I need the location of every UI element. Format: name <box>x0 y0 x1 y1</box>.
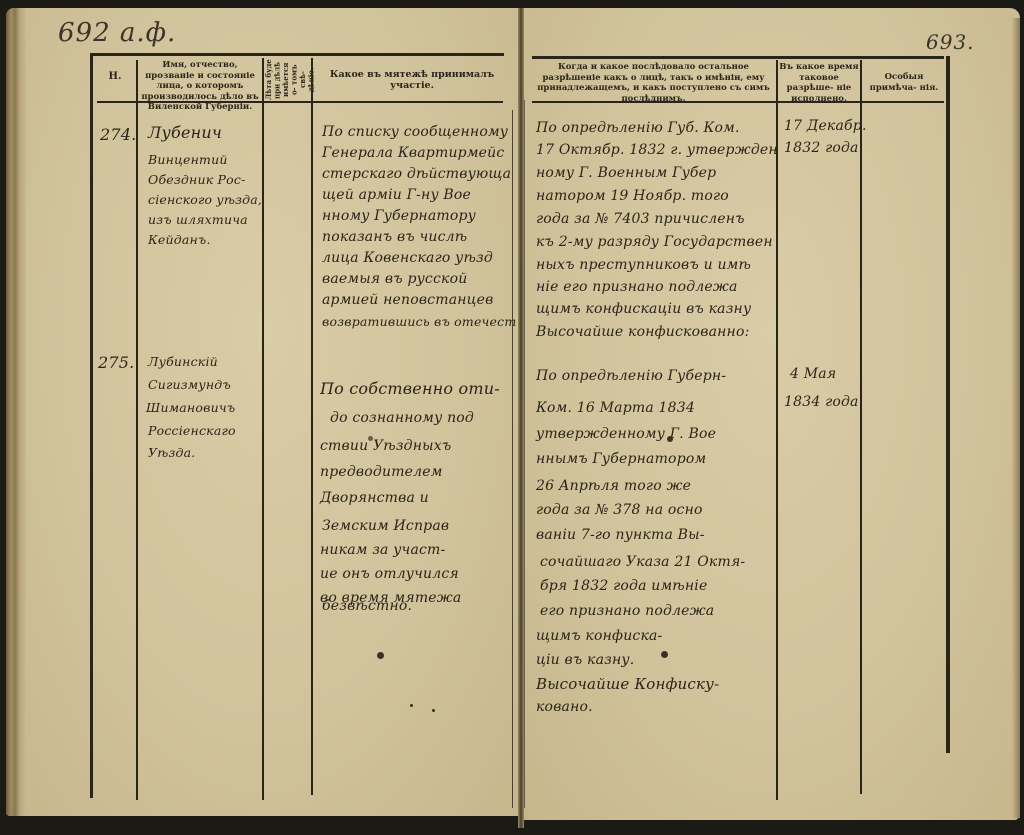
page-edge-stack <box>6 8 26 816</box>
name-line: Лубенич <box>148 122 222 144</box>
participation-line: никам за участ- <box>320 540 445 562</box>
participation-line: По собственно оти- <box>320 378 500 400</box>
decision-line: ныхъ преступниковъ и имѣ <box>536 255 751 277</box>
decision-line: щимъ конфиска- <box>536 626 662 648</box>
header-num: Н. <box>95 72 135 83</box>
col-divider-name-property <box>262 58 264 800</box>
header-participation: Какое въ мятежѣ принималъ участіе. <box>314 70 510 91</box>
executed-line: 1832 года <box>784 138 859 160</box>
name-line: Лубинскій <box>148 352 218 371</box>
header-decision: Когда и какое послѣдовало остальное разр… <box>532 62 775 104</box>
decision-line: года за № 7403 причисленъ <box>536 209 745 231</box>
executed-line: 17 Декабр. <box>784 116 867 138</box>
participation-line: Дворянства и <box>320 488 429 510</box>
decision-line: 17 Октябр. 1832 г. утвержден <box>536 140 778 162</box>
entry-num: 275. <box>98 352 134 374</box>
participation-line: щей арміи Г-ну Вое <box>322 185 471 207</box>
decision-line: его признано подлежа <box>540 601 714 623</box>
participation-line: Генерала Квартирмейс <box>322 143 504 165</box>
name-line: Уѣзда. <box>148 443 195 462</box>
decision-line: ному Г. Военным Губер <box>536 163 716 185</box>
participation-line: возвратившись въ отечест <box>322 311 516 333</box>
ink-speck <box>432 709 435 712</box>
participation-line: стерскаго дѣйствующа <box>322 164 511 186</box>
ink-speck <box>410 704 413 707</box>
name-line: Кейданъ. <box>148 230 211 249</box>
name-line: Шимановичъ <box>146 398 235 417</box>
name-line: Винцентий <box>148 150 228 169</box>
ink-speck <box>661 651 668 658</box>
table-right-border <box>946 56 950 753</box>
header-top-rule-left <box>92 53 504 56</box>
header-name: Имя, отчество, прозваніе и состояніе лиц… <box>139 60 261 113</box>
participation-line: предводителем <box>320 462 443 484</box>
participation-line: показанъ въ числѣ <box>322 227 467 249</box>
col-divider-executed-notes <box>860 60 862 794</box>
decision-line: ваніи 7-го пункта Вы- <box>536 525 705 547</box>
decision-line: ковано. <box>536 697 593 719</box>
name-line: Сигизмундъ <box>148 375 231 394</box>
executed-line: 4 Мая <box>790 364 836 386</box>
name-line: Обездник Рос- <box>148 170 246 189</box>
col-divider-property-participation <box>311 58 313 795</box>
decision-line: Высочайше конфискованно: <box>536 322 750 344</box>
entry-num: 274. <box>100 124 136 146</box>
header-notes: Особыя примѣча- нія. <box>862 72 946 93</box>
page-edge-right <box>1012 18 1020 818</box>
decision-line: бря 1832 года имѣніе <box>540 576 707 598</box>
participation-line: нному Губернатору <box>322 206 476 228</box>
decision-line: года за № 378 на осно <box>536 500 703 522</box>
decision-line: натором 19 Ноябр. того <box>536 186 729 208</box>
participation-line: ствии Уѣздныхъ <box>320 436 451 458</box>
name-line: Россіенскаго <box>148 421 236 440</box>
header-executed: Въ какое время таковое разрѣше- ніе испо… <box>778 62 860 104</box>
ink-speck <box>377 652 384 659</box>
participation-line: Земским Исправ <box>322 516 449 538</box>
col-left-border-right-page <box>524 100 525 808</box>
col-divider-num-name <box>136 60 138 800</box>
decision-line: къ 2-му разряду Государствен <box>536 232 773 254</box>
ink-speck <box>667 436 673 442</box>
executed-line: 1834 года <box>784 392 859 414</box>
decision-line: утвержденному Г. Вое <box>536 424 716 446</box>
decision-line: щимъ конфискаціи въ казну <box>536 299 751 321</box>
ink-speck <box>368 436 373 441</box>
participation-line: безвѣстно. <box>322 596 412 618</box>
header-property: Лѣта буде при дѣлѣ имѣется о- томъ свѣ- … <box>265 59 309 101</box>
col-divider-decision-executed <box>776 60 778 800</box>
folio-left: 692 а.ф. <box>58 18 176 48</box>
decision-line: По опредѣленію Губерн- <box>536 366 726 388</box>
table-left-border <box>90 53 93 798</box>
decision-line: ннымъ Губернатором <box>536 449 706 471</box>
decision-line: 26 Апрѣля того же <box>536 476 691 498</box>
participation-line: ие онъ отлучился <box>320 564 459 586</box>
participation-line: По списку сообщенному <box>322 122 508 144</box>
participation-line: до сознанному под <box>330 408 474 430</box>
folio-right: 693. <box>926 30 975 54</box>
decision-line: сочайшаго Указа 21 Октя- <box>540 552 745 574</box>
decision-line: Ком. 16 Марта 1834 <box>536 398 695 420</box>
name-line: изъ шляхтича <box>148 210 248 229</box>
participation-line: лица Ковенскаго уѣзд <box>322 248 493 270</box>
decision-line: Высочайше Конфиску- <box>536 674 719 696</box>
participation-line: армией неповстанцев <box>322 290 493 312</box>
name-line: сіенского уѣзда, <box>148 190 262 209</box>
decision-line: ніе его признано подлежа <box>536 277 738 299</box>
participation-line: ваемыя въ русской <box>322 269 467 291</box>
col-divider-left-page-end <box>512 110 513 808</box>
ledger-spread: 692 а.ф. 693. Н. Имя, отчество, прозвані… <box>0 0 1024 835</box>
header-top-rule-right <box>532 56 944 59</box>
decision-line: По опредѣленію Губ. Ком. <box>536 118 740 140</box>
decision-line: ціи въ казну. <box>536 650 634 672</box>
